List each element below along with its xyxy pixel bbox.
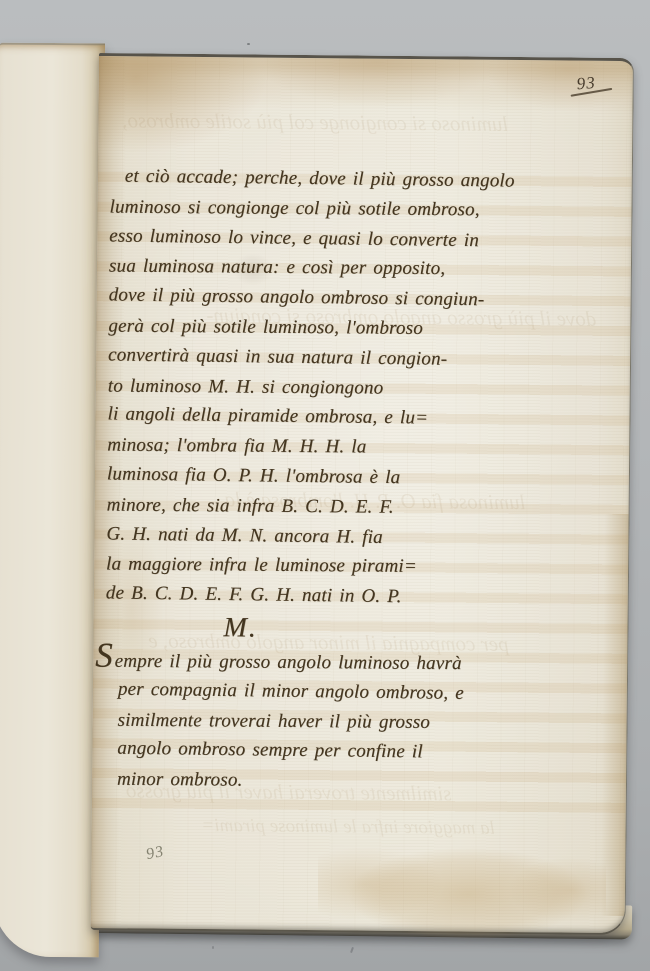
backdrop-speck (212, 946, 214, 949)
ghost-line: luminoso si congionge col più sotile omb… (122, 108, 508, 137)
folio-number-pencil: 93 (145, 843, 166, 864)
manuscript-line: la maggiore infra le luminose pirami= (106, 550, 538, 583)
manuscript-line: dove il più grosso angolo ombroso si con… (108, 281, 540, 316)
manuscript-line: minosa; l'ombra fia M. H. H. la (107, 431, 539, 464)
left-page-gutter (0, 43, 105, 958)
water-stain (318, 842, 606, 942)
backdrop-speck (247, 43, 250, 45)
manuscript-line: li angoli della piramide ombrosa, e lu= (107, 400, 539, 435)
manuscript-line: sua luminosa natura: e così per opposito… (109, 252, 541, 285)
manuscript-line: gerà col più sotile luminoso, l'ombroso (108, 312, 540, 345)
paragraph-2: Sempre il più grosso angolo luminoso hav… (104, 645, 537, 798)
manuscript-line: to luminoso M. H. si congiongono (108, 371, 540, 404)
manuscript-line: angolo ombroso sempre per confine il (104, 734, 536, 769)
manuscript-line: convertirà quasi in sua natura il congio… (108, 340, 540, 375)
manuscript-line: Sempre il più grosso angolo luminoso hav… (95, 646, 537, 679)
paragraph-1: et ciò accade; perche, dove il più gross… (106, 162, 542, 613)
manuscript-line: minor ombroso. (104, 765, 536, 798)
manuscript-page: luminoso si congionge col più sotile omb… (91, 53, 634, 935)
manuscript-line: et ciò accade; perche, dove il più gross… (110, 161, 542, 196)
manuscript-line: esso luminoso lo vince, e quasi lo conve… (109, 221, 541, 256)
manuscript-line: de B. C. D. E. F. G. H. nati in O. P. (106, 579, 538, 614)
folio-number-ink: 93 (576, 73, 596, 94)
manuscript-text-block: et ciò accade; perche, dove il più gross… (104, 162, 542, 798)
ghost-line: la maggiore infra le luminose pirami= (201, 815, 495, 840)
photo-backdrop: luminoso si congionge col più sotile omb… (0, 0, 650, 971)
manuscript-line: luminoso si congionge col più sotile omb… (109, 192, 541, 225)
manuscript-line: minore, che sia infra B. C. D. E. F. (107, 490, 539, 523)
section-mark: M. (223, 612, 258, 643)
backdrop-scratch (350, 947, 354, 953)
manuscript-line: per compagnia il minor angolo ombroso, e (105, 674, 537, 709)
manuscript-line: G. H. nati da M. N. ancora H. fia (106, 519, 538, 554)
manuscript-line: similmente troverai haver il più grosso (104, 705, 536, 738)
section-mark-line: M. (105, 609, 537, 649)
manuscript-line: luminosa fia O. P. H. l'ombrosa è la (107, 459, 539, 494)
